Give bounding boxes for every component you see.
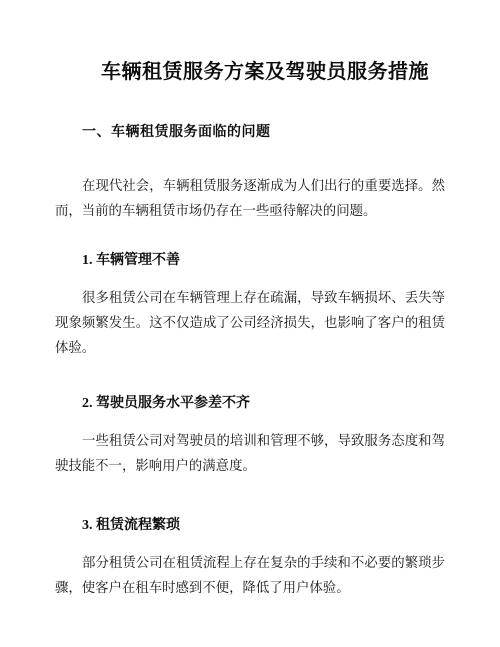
- document-title: 车辆租赁服务方案及驾驶员服务措施: [55, 57, 445, 87]
- section-intro: 一、车辆租赁服务面临的问题 在现代社会，车辆租赁服务逐渐成为人们出行的重要选择。…: [55, 123, 445, 223]
- section-2: 2. 驾驶员服务水平参差不齐 一些租赁公司对驾驶员的培训和管理不够，导致服务态度…: [55, 394, 445, 478]
- spacer: [55, 360, 445, 394]
- section-heading: 1. 车辆管理不善: [55, 251, 445, 271]
- paragraph: 一些租赁公司对驾驶员的培训和管理不够，导致服务态度和驾驶技能不一，影响用户的满意…: [55, 428, 445, 478]
- section-heading: 3. 租赁流程繁琐: [55, 516, 445, 536]
- section-heading: 2. 驾驶员服务水平参差不齐: [55, 394, 445, 414]
- spacer: [55, 223, 445, 251]
- spacer: [55, 478, 445, 516]
- document-page: 车辆租赁服务方案及驾驶员服务措施 一、车辆租赁服务面临的问题 在现代社会，车辆租…: [0, 0, 500, 647]
- section-1: 1. 车辆管理不善 很多租赁公司在车辆管理上存在疏漏，导致车辆损坏、丢失等现象频…: [55, 251, 445, 360]
- paragraph: 部分租赁公司在租赁流程上存在复杂的手续和不必要的繁琐步骤，使客户在租车时感到不便…: [55, 550, 445, 600]
- paragraph: 在现代社会，车辆租赁服务逐渐成为人们出行的重要选择。然而，当前的车辆租赁市场仍存…: [55, 173, 445, 223]
- paragraph: 很多租赁公司在车辆管理上存在疏漏，导致车辆损坏、丢失等现象频繁发生。这不仅造成了…: [55, 285, 445, 360]
- section-3: 3. 租赁流程繁琐 部分租赁公司在租赁流程上存在复杂的手续和不必要的繁琐步骤，使…: [55, 516, 445, 600]
- section-heading: 一、车辆租赁服务面临的问题: [55, 123, 445, 143]
